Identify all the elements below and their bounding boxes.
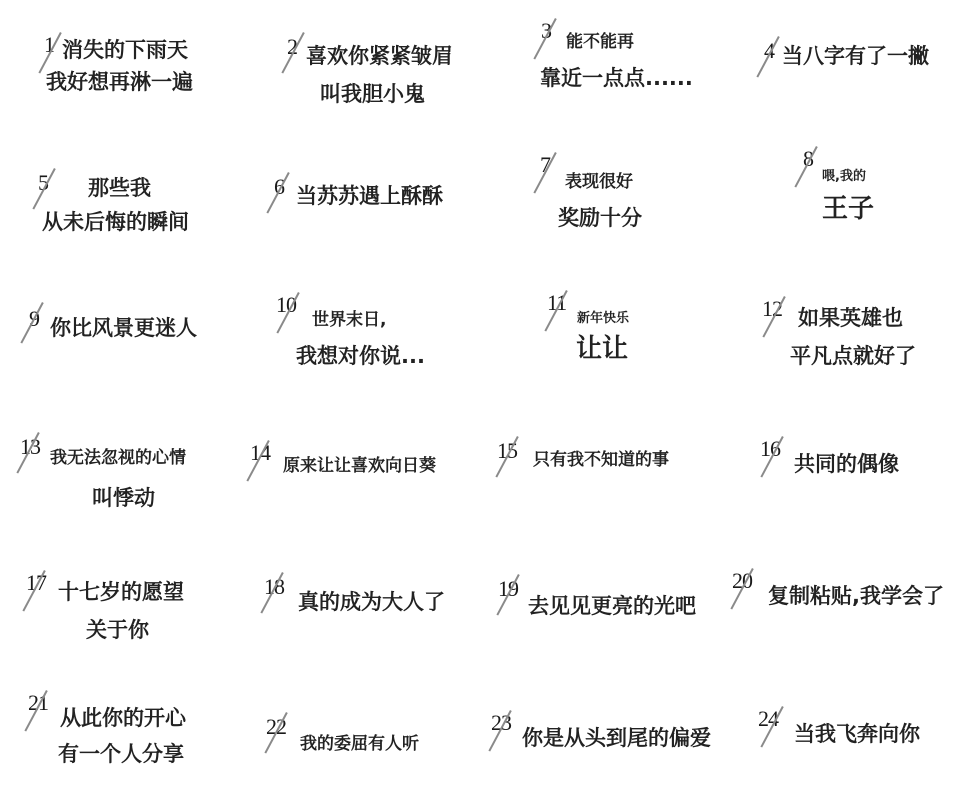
caption-line: 喂,我的 bbox=[822, 170, 866, 183]
caption-line: 只有我不知道的事 bbox=[533, 452, 669, 469]
caption-line: 表现很好 bbox=[565, 174, 633, 191]
caption-line: 我无法忽视的心情 bbox=[50, 450, 186, 467]
caption-line: 去见见更亮的光吧 bbox=[528, 596, 696, 617]
caption-line: 复制粘贴,我学会了 bbox=[768, 586, 944, 607]
caption-line: 有一个人分享 bbox=[58, 744, 184, 765]
caption-line: 当我飞奔向你 bbox=[794, 724, 920, 745]
caption-line: 王子 bbox=[822, 196, 874, 222]
caption-line: 从未后悔的瞬间 bbox=[42, 212, 189, 233]
caption-line: 我好想再淋一遍 bbox=[46, 72, 193, 93]
caption-line: 你是从头到尾的偏爱 bbox=[522, 728, 711, 749]
caption-line: 靠近一点点...... bbox=[540, 68, 693, 89]
caption-line: 叫我胆小鬼 bbox=[320, 84, 425, 105]
caption-line: 新年快乐 bbox=[577, 312, 629, 325]
caption-line: 世界末日, bbox=[312, 312, 386, 329]
caption-line: 从此你的开心 bbox=[60, 708, 186, 729]
caption-line: 平凡点就好了 bbox=[790, 346, 916, 367]
caption-line: 我的委屈有人听 bbox=[300, 736, 419, 753]
caption-line: 让让 bbox=[576, 336, 628, 362]
caption-line: 原来让让喜欢向日葵 bbox=[283, 458, 436, 475]
caption-line: 我想对你说... bbox=[296, 346, 425, 367]
caption-line: 真的成为大人了 bbox=[298, 592, 445, 613]
caption-line: 奖励十分 bbox=[558, 208, 642, 229]
caption-line: 当苏苏遇上酥酥 bbox=[296, 186, 443, 207]
caption-line: 共同的偶像 bbox=[794, 454, 899, 475]
caption-line: 叫悸动 bbox=[92, 488, 155, 509]
caption-line: 如果英雄也 bbox=[798, 308, 903, 329]
caption-line: 那些我 bbox=[88, 178, 151, 199]
caption-line: 你比风景更迷人 bbox=[50, 318, 197, 339]
caption-line: 当八字有了一撇 bbox=[782, 46, 929, 67]
caption-line: 能不能再 bbox=[566, 34, 634, 51]
caption-line: 十七岁的愿望 bbox=[58, 582, 184, 603]
caption-line: 关于你 bbox=[86, 620, 149, 641]
caption-line: 消失的下雨天 bbox=[62, 40, 188, 61]
caption-line: 喜欢你紧紧皱眉 bbox=[306, 46, 453, 67]
